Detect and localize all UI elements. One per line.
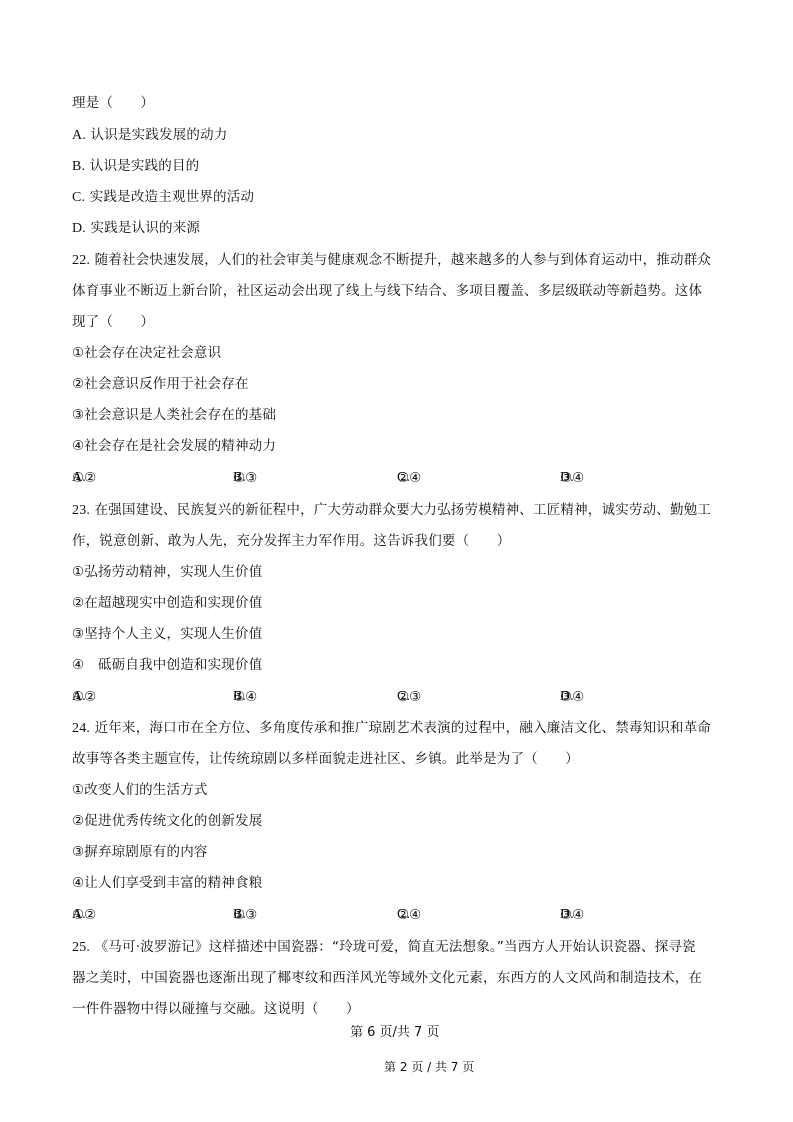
question-23-choices: A.①② B.①④ C.②③ D.③④ <box>72 688 732 706</box>
option-text: 实践是认识的来源 <box>91 220 201 236</box>
question-21-option-a: A. 认识是实践发展的动力 <box>72 126 732 145</box>
question-23-statement-4: ④ 砥砺自我中创造和实现价值 <box>72 656 732 674</box>
question-number: 23. <box>72 503 90 518</box>
question-22-statement-1: ①社会存在决定社会意识 <box>72 344 732 362</box>
option-letter: A. <box>72 128 86 143</box>
choice-text: ①③ <box>233 469 257 487</box>
option-text: 认识是实践发展的动力 <box>91 127 228 143</box>
choice-text: ②④ <box>397 469 421 487</box>
option-text: 认识是实践的目的 <box>90 158 200 174</box>
question-23-stem-line-1: 23. 在强国建设、民族复兴的新征程中，广大劳动群众要大力弘扬劳模精神、工匠精神… <box>72 501 732 520</box>
question-number: 22. <box>72 253 90 268</box>
outer-page-number: 第 2 页 / 共 7 页 <box>384 1059 474 1075</box>
question-24-stem-line-2: 故事等各类主题宣传，让传统琼剧以多样面貌走进社区、乡镇。此举是为了（ ） <box>72 750 732 768</box>
question-25-stem-line-2: 器之美时，中国瓷器也逐渐出现了椰枣纹和西洋风光等域外文化元素，东西方的人文风尚和… <box>72 969 732 987</box>
question-24-statement-2: ②促进优秀传统文化的创新发展 <box>72 812 732 830</box>
question-22-statement-4: ④社会存在是社会发展的精神动力 <box>72 437 732 455</box>
question-number: 25. <box>72 940 90 955</box>
question-23-statement-2: ②在超越现实中创造和实现价值 <box>72 594 732 612</box>
question-22-stem-line-3: 现了（ ） <box>72 313 732 331</box>
option-letter: B. <box>72 159 85 174</box>
stem-text: 在强国建设、民族复兴的新征程中，广大劳动群众要大力弘扬劳模精神、工匠精神，诚实劳… <box>95 502 712 518</box>
choice-text: ①② <box>72 688 96 706</box>
question-24-statement-1: ①改变人们的生活方式 <box>72 781 732 799</box>
question-21-stem-tail: 理是（ ） <box>72 94 732 112</box>
choice-text: ①④ <box>233 688 257 706</box>
question-24-stem-line-1: 24. 近年来，海口市在全方位、多角度传承和推广琼剧艺术表演的过程中，融入廉洁文… <box>72 719 732 738</box>
choice-text: ②③ <box>397 688 421 706</box>
choice-text: ③④ <box>560 469 584 487</box>
choice-text: ①③ <box>233 906 257 924</box>
question-23-statement-3: ③坚持个人主义，实现人生价值 <box>72 625 732 643</box>
question-24-statement-4: ④让人们享受到丰富的精神食粮 <box>72 874 732 892</box>
question-24-choices: A.①② B.①③ C.②④ D.③④ <box>72 906 732 924</box>
question-24-statement-3: ③摒弃琼剧原有的内容 <box>72 843 732 861</box>
option-text: 实践是改造主观世界的活动 <box>90 189 254 205</box>
question-number: 24. <box>72 721 90 736</box>
question-22-choices: A.①② B.①③ C.②④ D.③④ <box>72 469 732 487</box>
document-page: 理是（ ） A. 认识是实践发展的动力 B. 认识是实践的目的 C. 实践是改造… <box>0 0 793 1122</box>
question-22-statement-3: ③社会意识是人类社会存在的基础 <box>72 406 732 424</box>
question-22-stem-line-1: 22. 随着社会快速发展，人们的社会审美与健康观念不断提升，越来越多的人参与到体… <box>72 251 732 270</box>
question-21-option-d: D. 实践是认识的来源 <box>72 219 732 238</box>
stem-text: 近年来，海口市在全方位、多角度传承和推广琼剧艺术表演的过程中，融入廉洁文化、禁毒… <box>95 720 712 736</box>
choice-text: ②④ <box>397 906 421 924</box>
question-23-statement-1: ①弘扬劳动精神，实现人生价值 <box>72 563 732 581</box>
question-23-stem-line-2: 作，锐意创新、敢为人先，充分发挥主力军作用。这告诉我们要（ ） <box>72 532 732 550</box>
question-21-option-b: B. 认识是实践的目的 <box>72 157 732 176</box>
question-25-stem-line-3: 一件件器物中得以碰撞与交融。这说明（ ） <box>72 1000 732 1018</box>
choice-text: ①② <box>72 906 96 924</box>
question-22-statement-2: ②社会意识反作用于社会存在 <box>72 375 732 393</box>
choice-text: ③④ <box>560 906 584 924</box>
question-21-option-c: C. 实践是改造主观世界的活动 <box>72 188 732 207</box>
stem-text: 《马可·波罗游记》这样描述中国瓷器：“玲珑可爱，简直无法想象。”当西方人开始认识… <box>95 939 696 955</box>
option-letter: D. <box>72 221 86 236</box>
stem-text: 随着社会快速发展，人们的社会审美与健康观念不断提升，越来越多的人参与到体育运动中… <box>95 252 712 268</box>
inner-page-number: 第 6 页/共 7 页 <box>350 1025 439 1041</box>
question-25-stem-line-1: 25. 《马可·波罗游记》这样描述中国瓷器：“玲珑可爱，简直无法想象。”当西方人… <box>72 938 732 957</box>
option-letter: C. <box>72 190 85 205</box>
choice-text: ③④ <box>560 688 584 706</box>
question-22-stem-line-2: 体育事业不断迈上新台阶，社区运动会出现了线上与线下结合、多项目覆盖、多层级联动等… <box>72 282 732 300</box>
choice-text: ①② <box>72 469 96 487</box>
